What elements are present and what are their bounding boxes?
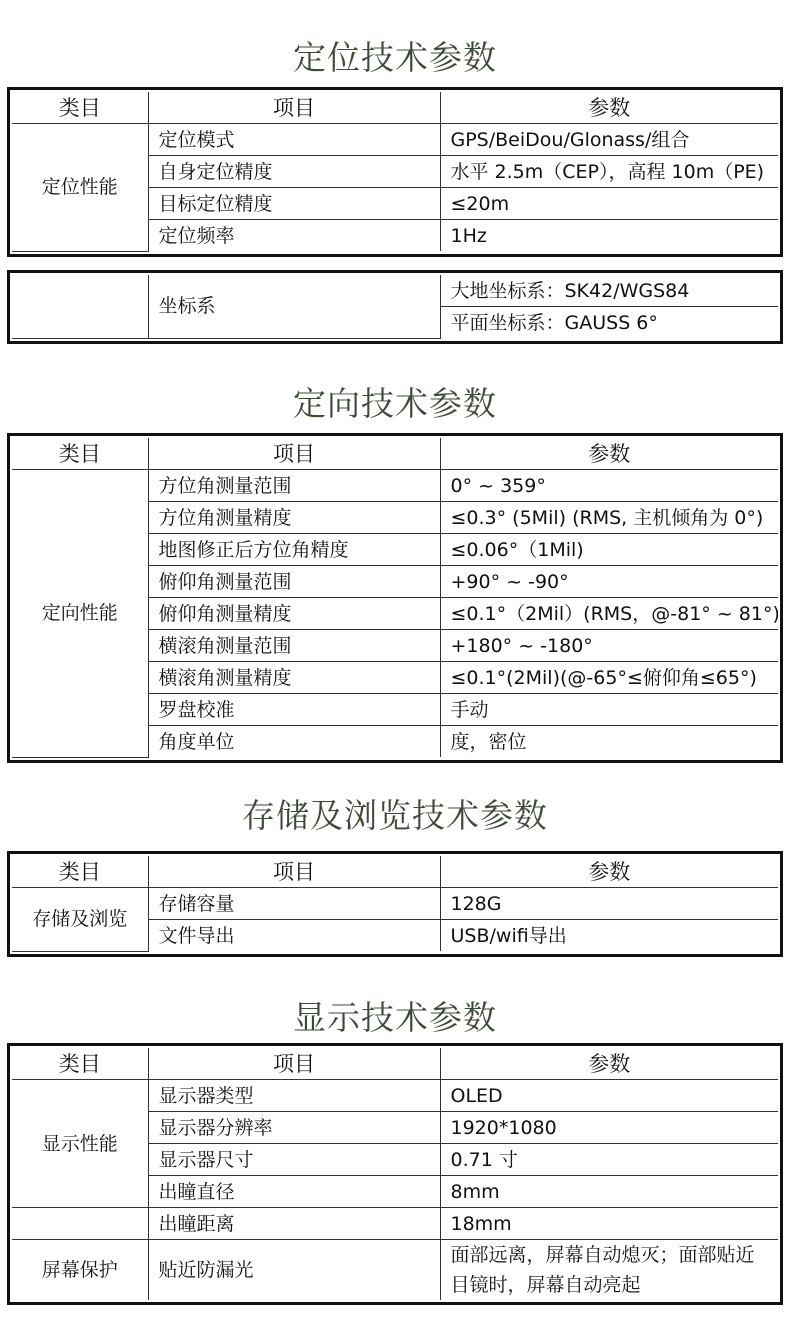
- category-cell: 屏幕保护: [12, 1240, 148, 1301]
- item-cell: 角度单位: [148, 726, 440, 758]
- table-header-row: 类目 项目 参数: [12, 856, 778, 888]
- item-cell: 贴近防漏光: [148, 1240, 440, 1301]
- coordinate-table: 坐标系 大地坐标系：SK42/WGS84 平面坐标系：GAUSS 6°: [7, 270, 783, 344]
- value-cell: ≤0.06°（1Mil): [440, 534, 778, 566]
- table-header-row: 类目 项目 参数: [12, 1048, 778, 1080]
- storage-table: 类目 项目 参数 存储及浏览 存储容量 128G 文件导出 USB/wifi导出: [7, 851, 783, 957]
- item-cell: 文件导出: [148, 920, 440, 952]
- category-cell: [12, 275, 148, 338]
- item-cell: 目标定位精度: [148, 188, 440, 220]
- section-title-orientation: 定向技术参数: [0, 384, 790, 424]
- value-cell: GPS/BeiDou/Glonass/组合: [440, 124, 778, 156]
- value-cell: USB/wifi导出: [440, 920, 778, 952]
- table-row: 坐标系 大地坐标系：SK42/WGS84: [12, 275, 778, 307]
- item-cell: 存储容量: [148, 888, 440, 920]
- header-param: 参数: [440, 438, 778, 470]
- display-table: 类目 项目 参数 显示性能 显示器类型 OLED 显示器分辨率 1920*108…: [7, 1043, 783, 1305]
- category-cell: 定位性能: [12, 124, 148, 252]
- table-row: 定向性能 方位角测量范围 0° ~ 359°: [12, 470, 778, 502]
- value-cell: 平面坐标系：GAUSS 6°: [440, 307, 778, 339]
- value-cell: 度，密位: [440, 726, 778, 758]
- value-cell: 面部远离，屏幕自动熄灭；面部贴近目镜时，屏幕自动亮起: [440, 1240, 778, 1301]
- value-cell: 水平 2.5m（CEP），高程 10m（PE): [440, 156, 778, 188]
- orientation-table: 类目 项目 参数 定向性能 方位角测量范围 0° ~ 359° 方位角测量精度 …: [7, 433, 783, 763]
- category-cell: [12, 1208, 148, 1240]
- section-title-positioning: 定位技术参数: [0, 38, 790, 78]
- value-cell: +180° ~ -180°: [440, 630, 778, 662]
- positioning-table: 类目 项目 参数 定位性能 定位模式 GPS/BeiDou/Glonass/组合…: [7, 87, 783, 257]
- value-cell: 1Hz: [440, 220, 778, 252]
- value-cell: ≤0.3° (5Mil) (RMS, 主机倾角为 0°): [440, 502, 778, 534]
- item-cell: 方位角测量精度: [148, 502, 440, 534]
- value-cell: 128G: [440, 888, 778, 920]
- category-cell: 定向性能: [12, 470, 148, 758]
- table-row: 定位性能 定位模式 GPS/BeiDou/Glonass/组合: [12, 124, 778, 156]
- table-header-row: 类目 项目 参数: [12, 438, 778, 470]
- header-item: 项目: [148, 1048, 440, 1080]
- table-header-row: 类目 项目 参数: [12, 92, 778, 124]
- header-category: 类目: [12, 856, 148, 888]
- header-param: 参数: [440, 1048, 778, 1080]
- value-cell: +90° ~ -90°: [440, 566, 778, 598]
- table-row: 出瞳距离 18mm: [12, 1208, 778, 1240]
- section-title-display: 显示技术参数: [0, 998, 790, 1038]
- value-cell: 大地坐标系：SK42/WGS84: [440, 275, 778, 307]
- value-cell: ≤0.1°（2Mil）(RMS，@-81° ~ 81°): [440, 598, 778, 630]
- table-row: 存储及浏览 存储容量 128G: [12, 888, 778, 920]
- value-cell: 18mm: [440, 1208, 778, 1240]
- value-cell: 0.71 寸: [440, 1144, 778, 1176]
- item-cell: 横滚角测量精度: [148, 662, 440, 694]
- item-cell: 定位频率: [148, 220, 440, 252]
- value-cell: ≤20m: [440, 188, 778, 220]
- item-cell: 显示器尺寸: [148, 1144, 440, 1176]
- item-cell: 出瞳直径: [148, 1176, 440, 1208]
- category-cell: 显示性能: [12, 1080, 148, 1208]
- value-cell: 8mm: [440, 1176, 778, 1208]
- item-cell: 显示器分辨率: [148, 1112, 440, 1144]
- item-cell: 自身定位精度: [148, 156, 440, 188]
- item-cell: 方位角测量范围: [148, 470, 440, 502]
- item-cell: 横滚角测量范围: [148, 630, 440, 662]
- value-cell: 0° ~ 359°: [440, 470, 778, 502]
- table-row: 屏幕保护 贴近防漏光 面部远离，屏幕自动熄灭；面部贴近目镜时，屏幕自动亮起: [12, 1240, 778, 1301]
- header-param: 参数: [440, 92, 778, 124]
- value-cell: 手动: [440, 694, 778, 726]
- header-item: 项目: [148, 438, 440, 470]
- item-cell: 俯仰角测量精度: [148, 598, 440, 630]
- table-row: 显示性能 显示器类型 OLED: [12, 1080, 778, 1112]
- category-cell: 存储及浏览: [12, 888, 148, 952]
- item-cell: 出瞳距离: [148, 1208, 440, 1240]
- item-cell: 地图修正后方位角精度: [148, 534, 440, 566]
- value-cell: 1920*1080: [440, 1112, 778, 1144]
- item-cell: 罗盘校准: [148, 694, 440, 726]
- value-cell: OLED: [440, 1080, 778, 1112]
- section-title-storage: 存储及浏览技术参数: [0, 796, 790, 836]
- header-item: 项目: [148, 92, 440, 124]
- header-category: 类目: [12, 1048, 148, 1080]
- header-category: 类目: [12, 92, 148, 124]
- item-cell: 俯仰角测量范围: [148, 566, 440, 598]
- item-cell: 显示器类型: [148, 1080, 440, 1112]
- header-category: 类目: [12, 438, 148, 470]
- item-cell: 定位模式: [148, 124, 440, 156]
- item-cell: 坐标系: [148, 275, 440, 338]
- header-item: 项目: [148, 856, 440, 888]
- header-param: 参数: [440, 856, 778, 888]
- value-cell: ≤0.1°(2Mil)(@-65°≤俯仰角≤65°): [440, 662, 778, 694]
